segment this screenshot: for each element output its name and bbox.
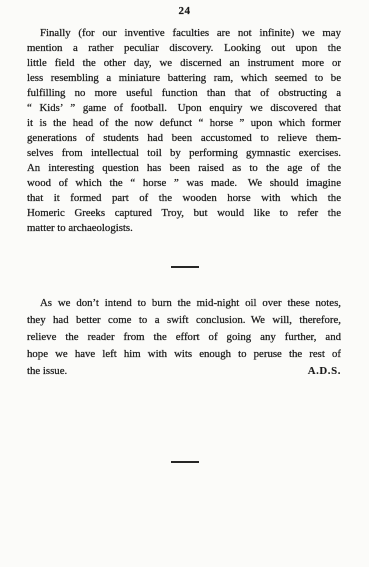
section-divider-rule: [171, 266, 199, 268]
closing-text: the issue.: [27, 363, 67, 380]
text-line: selves from intellectual toil by perform…: [27, 146, 341, 161]
text-line: As we don’t intend to burn the mid-night…: [27, 295, 341, 312]
book-page: 24 Finally (for our inventive faculties …: [0, 0, 369, 567]
text-line: Homeric Greeks captured Troy, but would …: [27, 206, 341, 221]
text-line: that it formed part of the wooden horse …: [27, 191, 341, 206]
text-line: they had better come to a swift conclusi…: [27, 312, 341, 329]
text-line: fulfilling no more useful function than …: [27, 86, 341, 101]
text-line: An interesting question has been raised …: [27, 161, 341, 176]
paragraph-1: Finally (for our inventive faculties are…: [27, 26, 341, 236]
page-number: 24: [0, 5, 369, 17]
text-line: it is the head of the now defunct “ hors…: [27, 116, 341, 131]
text-line: hope we have left him with wits enough t…: [27, 346, 341, 363]
text-line: mention a rather peculiar discovery. Loo…: [27, 41, 341, 56]
text-line: matter to archaeologists.: [27, 221, 341, 236]
text-line: Finally (for our inventive faculties are…: [27, 26, 341, 41]
text-line: generations of students had been accusto…: [27, 131, 341, 146]
closing-line: the issue. A.D.S.: [27, 363, 341, 380]
end-of-page-rule: [171, 461, 199, 463]
text-line: wood of which the “ horse ” was made. We…: [27, 176, 341, 191]
paragraph-2: As we don’t intend to burn the mid-night…: [27, 295, 341, 380]
text-line: relieve the reader from the effort of go…: [27, 329, 341, 346]
text-line: “ Kids’ ” game of football. Upon enquiry…: [27, 101, 341, 116]
text-line: little field the other day, we discerned…: [27, 56, 341, 71]
author-initials: A.D.S.: [308, 363, 341, 380]
text-line: less resembling a miniature battering ra…: [27, 71, 341, 86]
